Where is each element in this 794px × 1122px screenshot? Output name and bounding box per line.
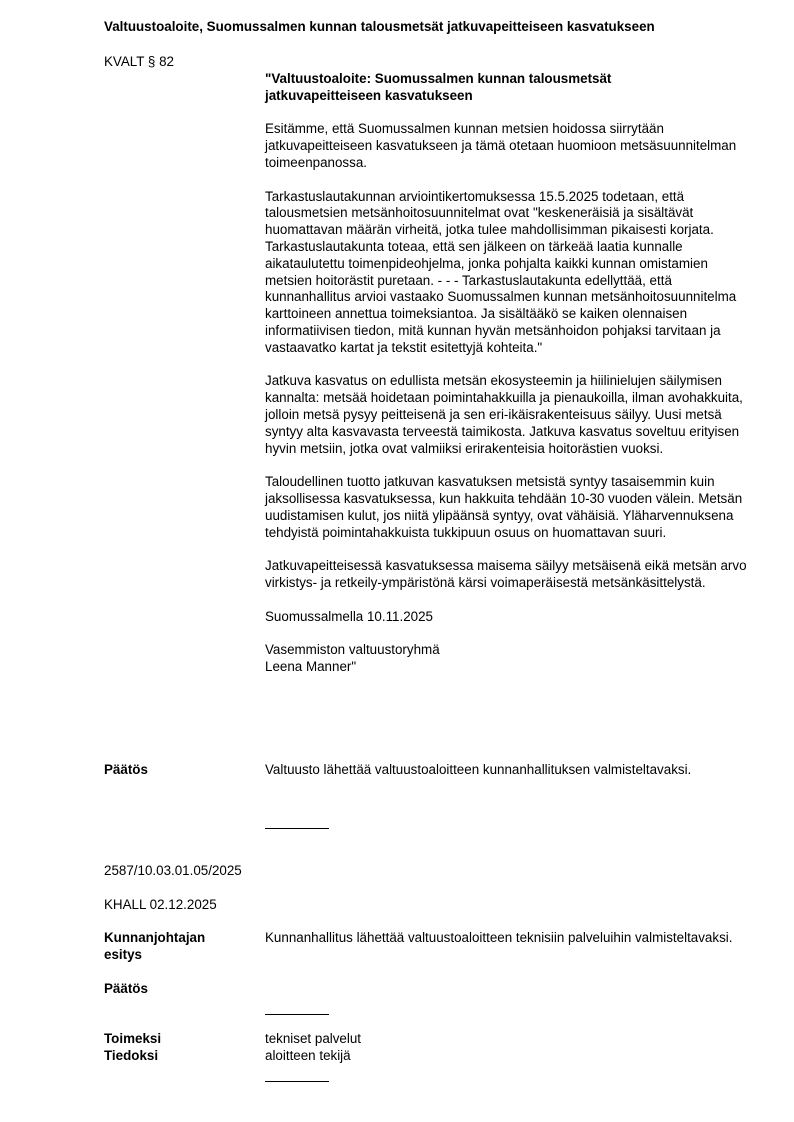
initiative-body: "Valtuustoaloite: Suomussalmen kunnan ta…	[265, 71, 755, 676]
mayor-proposal-label: Kunnanjohtajan esitys	[104, 930, 205, 964]
initiative-paragraph: Taloudellinen tuotto jatkuvan kasvatukse…	[265, 474, 755, 541]
mayor-proposal-text: Kunnanhallitus lähettää valtuustoaloitte…	[265, 930, 755, 947]
kvalt-decision-label: Päätös	[104, 762, 148, 777]
section-divider	[265, 1081, 329, 1082]
toimeksi-value: tekniset palvelut	[265, 1031, 361, 1046]
mayor-proposal-label-line2: esitys	[104, 947, 205, 964]
case-number: 2587/10.03.01.05/2025	[104, 863, 242, 878]
khall-decision-label: Päätös	[104, 981, 148, 996]
initiative-paragraph: Jatkuvapeitteisessä kasvatuksessa maisem…	[265, 558, 755, 592]
document-title: Valtuustoaloite, Suomussalmen kunnan tal…	[104, 19, 655, 34]
tiedoksi-label: Tiedoksi	[104, 1048, 158, 1063]
initiative-paragraph: Tarkastuslautakunnan arviointikertomukse…	[265, 189, 755, 357]
initiative-heading: "Valtuustoaloite: Suomussalmen kunnan ta…	[265, 71, 755, 105]
tiedoksi-value: aloitteen tekijä	[265, 1048, 351, 1063]
mayor-proposal-label-line1: Kunnanjohtajan	[104, 930, 205, 947]
toimeksi-label: Toimeksi	[104, 1031, 161, 1046]
section-divider	[265, 828, 329, 829]
section-divider	[265, 1014, 329, 1015]
khall-reference: KHALL 02.12.2025	[104, 897, 217, 912]
initiative-paragraph: Jatkuva kasvatus on edullista metsän eko…	[265, 373, 755, 457]
kvalt-reference: KVALT § 82	[104, 54, 174, 69]
initiative-heading-line2: jatkuvapeitteiseen kasvatukseen	[265, 88, 755, 105]
initiative-date: Suomussalmella 10.11.2025	[265, 609, 755, 626]
kvalt-decision-text: Valtuusto lähettää valtuustoaloitteen ku…	[265, 762, 755, 779]
initiative-heading-line1: "Valtuustoaloite: Suomussalmen kunnan ta…	[265, 71, 755, 88]
signature-group: Vasemmiston valtuustoryhmä	[265, 642, 755, 659]
initiative-paragraph: Esitämme, että Suomussalmen kunnan metsi…	[265, 121, 755, 171]
signature-name: Leena Manner"	[265, 659, 755, 676]
